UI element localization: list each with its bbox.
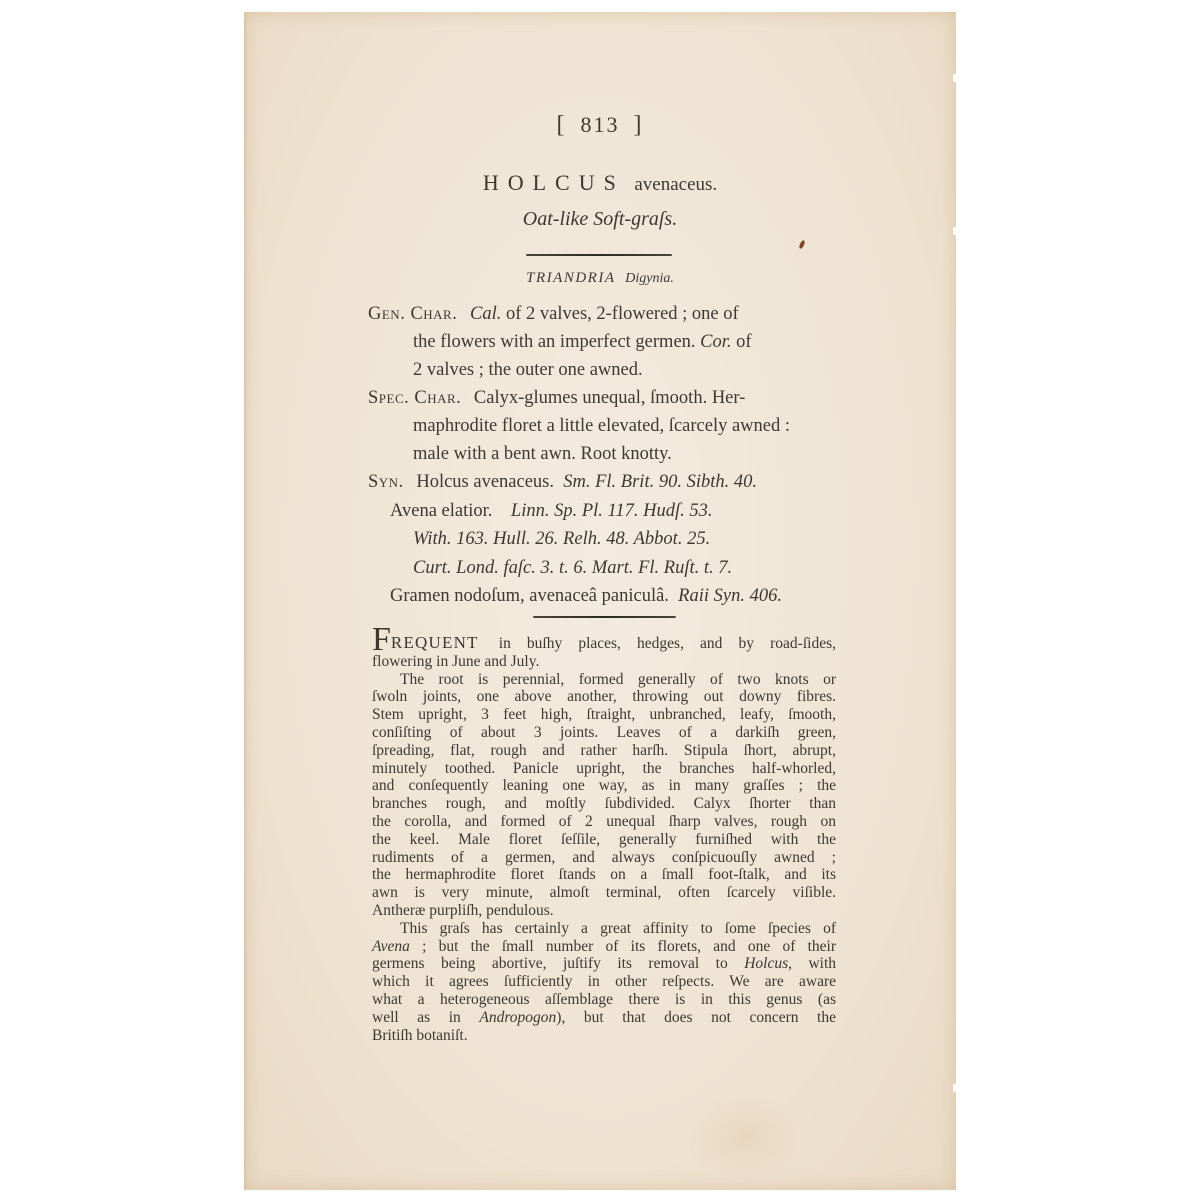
text-run: of 2 valves, 2-flowered ; one of [501,304,738,324]
body-line: FREQUENT in buſhy places, hedges, and by… [372,628,836,653]
syn-label: Syn. [368,472,404,492]
body-line: conſiſting of about 3 joints. Leaves of … [372,724,836,742]
body-line: This graſs has certainly a great affinit… [372,920,836,938]
foxing-speck [798,240,805,250]
synonym-name: Holcus avenaceus. [416,472,554,492]
text-run: the flowers with an imperfect germen. [413,332,700,352]
synonym-refs: Sm. Fl. Brit. 90. Sibth. 40. [563,472,757,492]
spec-char-line: maphrodite floret a little elevated, ſca… [368,412,834,440]
class-name: TRIANDRIA [526,270,615,286]
body-line: branches rough, and moſtly ſubdivided. C… [372,795,836,813]
body-line: rudiments of a germen, and always conſpi… [372,849,836,867]
spec-char-line: male with a bent awn. Root knotty. [368,440,834,468]
specific-character: Spec. Char. Calyx-glumes unequal, ſmooth… [368,384,834,468]
foxing-stain [684,1092,804,1182]
body-line: the corolla, and formed of 2 unequal ſha… [372,813,836,831]
page-edge-notch [953,74,959,82]
spec-char-line: Spec. Char. Calyx-glumes unequal, ſmooth… [368,384,834,412]
common-name: Oat-like Soft-graſs. [244,208,956,231]
body-line: The root is perennial, formed generally … [372,671,836,689]
synonymy: Syn. Holcus avenaceus. Sm. Fl. Brit. 90.… [368,468,834,611]
gen-char-line: Gen. Char. Cal. of 2 valves, 2-flowered … [368,300,834,328]
text-run: ; but the ſmall number of its florets, a… [410,938,836,955]
body-line: Avena ; but the ſmall number of its flor… [372,938,836,956]
italic-ref: Cal. [470,304,501,324]
gen-char-line: the flowers with an imperfect germen. Co… [368,328,834,356]
body-line: and conſequently leaning one way, as in … [372,777,836,795]
generic-character: Gen. Char. Cal. of 2 valves, 2-flowered … [368,300,834,384]
page-number: [813] [244,112,956,139]
synonym-refs: Raii Syn. 406. [678,586,782,606]
italic-term: Avena [372,938,410,955]
species-title: HOLCUS avenaceus. [244,170,956,196]
spec-char-label: Spec. Char. [368,388,461,408]
synonym-entry: Curt. Lond. faſc. 3. t. 6. Mart. Fl. Ruſ… [368,554,834,583]
synonym-entry: Gramen nodoſum, avenaceâ paniculâ. Raii … [368,582,834,611]
divider-rule [533,616,676,618]
text-run: 2 valves ; the outer one awned. [413,360,643,380]
text-run: Calyx-glumes unequal, ſmooth. Her- [474,388,745,408]
synonym-entry: Syn. Holcus avenaceus. Sm. Fl. Brit. 90.… [368,468,834,497]
linnaean-classification: TRIANDRIA Digynia. [244,270,956,287]
synonym-entry: Avena elatior. Linn. Sp. Pl. 117. Hudſ. … [368,497,834,526]
body-line: minutely toothed. Panicle upright, the b… [372,760,836,778]
description-text: FREQUENT in buſhy places, hedges, and by… [372,628,836,1044]
text-run: in buſhy places, hedges, and by road-ſid… [499,635,836,652]
text-run: well as in [372,1009,479,1026]
species-name: avenaceus. [634,174,717,195]
synonym-refs: With. 163. Hull. 26. Relh. 48. Abbot. 25… [413,529,710,549]
book-page: [813] HOLCUS avenaceus. Oat-like Soft-gr… [244,12,956,1190]
body-line: awn is very minute, almoſt terminal, oft… [372,884,836,902]
divider-rule [526,254,672,256]
synonym-entry: With. 163. Hull. 26. Relh. 48. Abbot. 25… [368,525,834,554]
page-edge-notch [953,1084,959,1092]
body-line: Antheræ purpliſh, pendulous. [372,902,836,920]
italic-term: Holcus [744,955,788,972]
body-line: germens being abortive, juſtify its remo… [372,955,836,973]
body-line: what a heterogeneous aſſemblage there is… [372,991,836,1009]
gen-char-line: 2 valves ; the outer one awned. [368,356,834,384]
italic-term: Andropogon [479,1009,556,1026]
text-run: of [732,332,752,352]
body-line: ſwoln joints, one above another, throwin… [372,688,836,706]
italic-ref: Cor. [700,332,731,352]
synonym-refs: Curt. Lond. faſc. 3. t. 6. Mart. Fl. Ruſ… [413,558,732,578]
synonym-refs: Linn. Sp. Pl. 117. Hudſ. 53. [511,501,713,521]
text-run: germens being abortive, juſtify its remo… [372,955,744,972]
bracket-right: ] [634,112,644,138]
body-line: the hermaphrodite floret ſtands on a ſma… [372,866,836,884]
genus-name: HOLCUS [483,170,625,195]
body-line: well as in Andropogon), but that does no… [372,1009,836,1027]
body-line: which it agrees ſufficiently in other re… [372,973,836,991]
body-line: flowering in June and July. [372,653,836,671]
order-name: Digynia. [625,271,674,286]
body-line: ſpreading, flat, rough and rather harſh.… [372,742,836,760]
synonym-name: Avena elatior. [390,501,492,521]
bracket-left: [ [557,112,567,138]
text-run: ), but that does not concern the [556,1009,836,1026]
gen-char-label: Gen. Char. [368,304,457,324]
body-line: Britiſh botaniſt. [372,1027,836,1045]
synonym-name: Gramen nodoſum, avenaceâ paniculâ. [390,586,669,606]
body-line: Stem upright, 3 feet high, ſtraight, unb… [372,706,836,724]
lead-word: REQUENT [391,633,479,652]
page-number-value: 813 [581,112,620,137]
body-line: the keel. Male floret ſeſſile, generally… [372,831,836,849]
text-run: , with [788,955,836,972]
